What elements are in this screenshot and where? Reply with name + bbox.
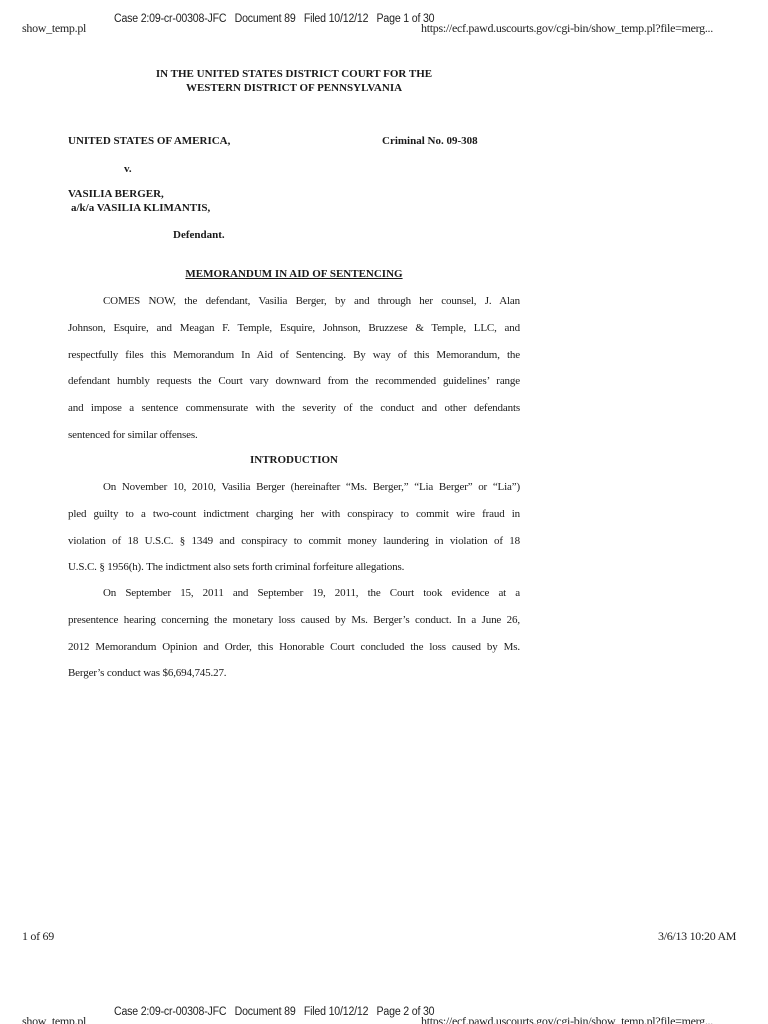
caption-defendant-aka: a/k/a VASILIA KLIMANTIS, [71,202,210,214]
caption-versus: v. [124,163,132,175]
paragraph-comes-now: COMES NOW, the defendant, Vasilia Berger… [68,288,520,449]
paragraph-line: sentenced for similar offenses. [68,422,520,449]
court-heading-line2: WESTERN DISTRICT OF PENNSYLVANIA [68,82,520,96]
case-stamp-next-page: Case 2:09-cr-00308-JFC Document 89 Filed… [114,1006,434,1018]
court-heading: IN THE UNITED STATES DISTRICT COURT FOR … [68,68,520,95]
caption-criminal-number: Criminal No. 09-308 [382,135,478,147]
browser-header-url-next-page[interactable]: https://ecf.pawd.uscourts.gov/cgi-bin/sh… [421,1014,713,1024]
paragraph-line: U.S.C. § 1956(h). The indictment also se… [68,554,520,581]
paragraph-line: Berger’s conduct was $6,694,745.27. [68,660,520,687]
browser-footer-datetime: 3/6/13 10:20 AM [658,929,736,944]
browser-header-filename-next-page: show_temp.pl [22,1014,86,1024]
browser-footer-page-count: 1 of 69 [22,929,54,944]
paragraph-line: and impose a sentence commensurate with … [68,395,520,422]
browser-header-url[interactable]: https://ecf.pawd.uscourts.gov/cgi-bin/sh… [421,21,713,36]
browser-header-filename: show_temp.pl [22,21,86,36]
paragraph-line: COMES NOW, the defendant, Vasilia Berger… [68,288,520,315]
court-heading-line1: IN THE UNITED STATES DISTRICT COURT FOR … [68,68,520,82]
section-heading-introduction: INTRODUCTION [68,454,520,466]
caption-defendant-name: VASILIA BERGER, [68,188,164,200]
paragraph-line: On September 15, 2011 and September 19, … [68,580,520,607]
case-stamp-top: Case 2:09-cr-00308-JFC Document 89 Filed… [114,13,434,25]
paragraph-line: On November 10, 2010, Vasilia Berger (he… [68,474,520,501]
paragraph-loss-hearing: On September 15, 2011 and September 19, … [68,580,520,687]
paragraph-line: Johnson, Esquire, and Meagan F. Temple, … [68,315,520,342]
paragraph-guilty-plea: On November 10, 2010, Vasilia Berger (he… [68,474,520,581]
caption-plaintiff: UNITED STATES OF AMERICA, [68,135,230,147]
paragraph-line: respectfully files this Memorandum In Ai… [68,342,520,369]
paragraph-line: defendant humbly requests the Court vary… [68,368,520,395]
paragraph-line: 2012 Memorandum Opinion and Order, this … [68,634,520,661]
paragraph-line: violation of 18 U.S.C. § 1349 and conspi… [68,528,520,555]
paragraph-line: presentence hearing concerning the monet… [68,607,520,634]
paragraph-line: pled guilty to a two-count indictment ch… [68,501,520,528]
document-title: MEMORANDUM IN AID OF SENTENCING [68,268,520,280]
caption-defendant-label: Defendant. [173,229,225,241]
